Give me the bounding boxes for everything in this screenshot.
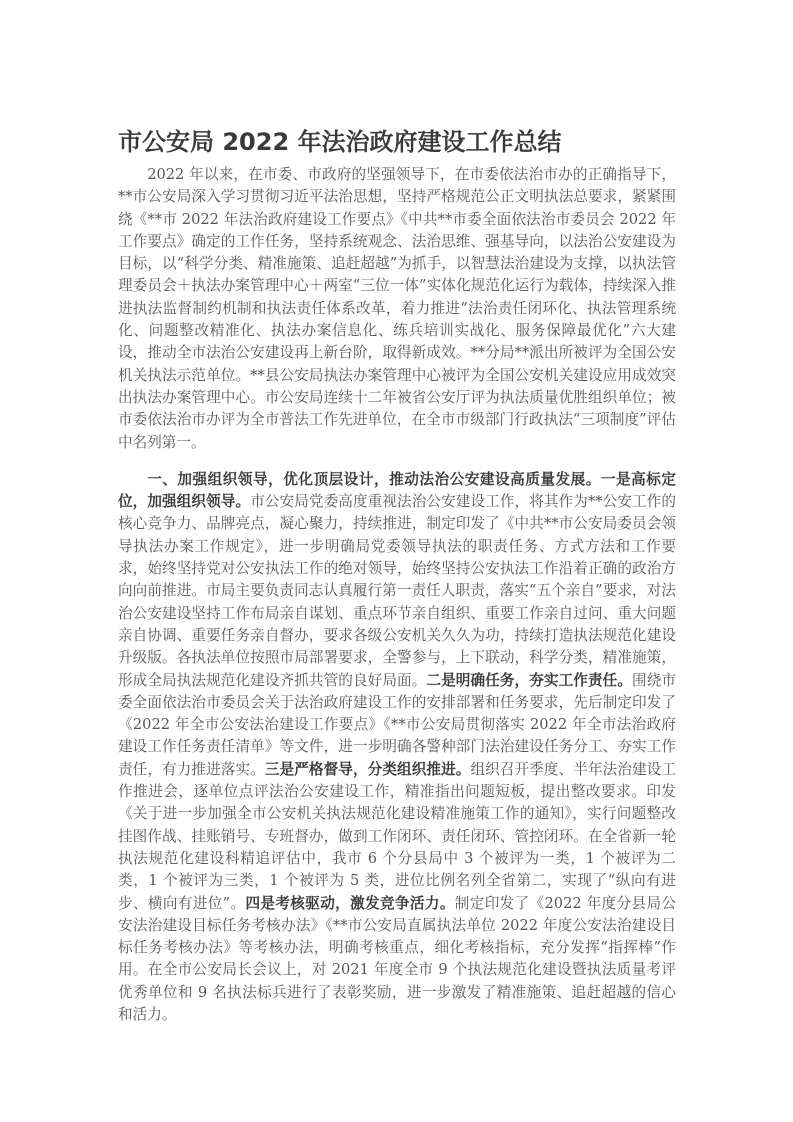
subpoint-four-heading: 四是考核驱动，激发竞争活力。 [245, 895, 454, 912]
section-one-text-3: 组织召开季度、半年法治建设工作推进会，逐单位点评法治公安建设工作，精准指出问题短… [118, 761, 676, 912]
subpoint-two-heading: 二是明确任务，夯实工作责任。 [426, 672, 632, 689]
section-one-text-4: 制定印发了《2022 年度分县局公安法治建设目标任务考核办法》《**市公安局直属… [118, 895, 676, 1023]
intro-paragraph: 2022 年以来，在市委、市政府的坚强领导下，在市委依法治市办的正确指导下，**… [118, 164, 676, 454]
section-one-paragraph: 一、加强组织领导，优化顶层设计，推动法治公安建设高质量发展。一是高标定位，加强组… [118, 469, 676, 1026]
subpoint-three-heading: 三是严格督导，分类组织推进。 [265, 761, 471, 778]
section-one-text-1: 市公安局党委高度重视法治公安建设工作，将其作为**公安工作的核心竞争力、品牌亮点… [118, 493, 676, 688]
intro-text: 2022 年以来，在市委、市政府的坚强领导下，在市委依法治市办的正确指导下，**… [118, 166, 676, 451]
document-body: 2022 年以来，在市委、市政府的坚强领导下，在市委依法治市办的正确指导下，**… [118, 164, 676, 1026]
document-title: 市公安局 2022 年法治政府建设工作总结 [118, 122, 718, 157]
